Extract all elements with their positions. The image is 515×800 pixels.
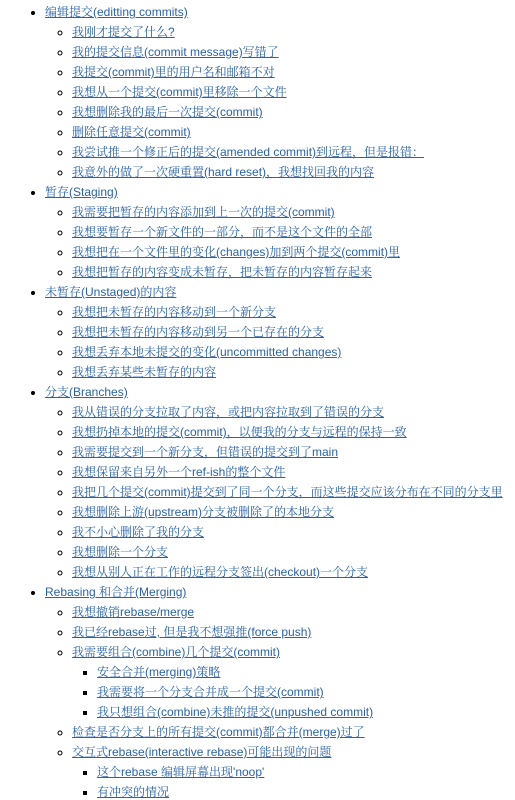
toc-item-link[interactable]: 我想把暂存的内容变成未暂存，把未暂存的内容暂存起来 — [72, 265, 372, 279]
toc-item: 我需要将一个分支合并成一个提交(commit) — [97, 682, 515, 702]
toc-item: 我想从别人正在工作的远程分支签出(checkout)一个分支 — [72, 562, 515, 582]
toc-item: 我想把暂存的内容变成未暂存，把未暂存的内容暂存起来 — [72, 262, 515, 282]
toc-section-link[interactable]: 未暂存(Unstaged)的内容 — [45, 285, 176, 299]
toc-item: 我需要提交到一个新分支，但错误的提交到了main — [72, 442, 515, 462]
toc-item-link[interactable]: 我想删除我的最后一次提交(commit) — [72, 105, 263, 119]
toc-item-link[interactable]: 我刚才提交了什么? — [72, 25, 175, 39]
toc-section-link[interactable]: 编辑提交(editting commits) — [45, 5, 188, 19]
toc-item-link[interactable]: 我想扔掉本地的提交(commit)，以便我的分支与远程的保持一致 — [72, 425, 407, 439]
toc-list-level-2: 我需要把暂存的内容添加到上一次的提交(commit)我想要暂存一个新文件的一部分… — [45, 202, 515, 282]
toc-list-level-3: 这个rebase 编辑屏幕出现'noop'有冲突的情况 — [72, 762, 515, 800]
toc-section: 分支(Branches)我从错误的分支拉取了内容，或把内容拉取到了错误的分支我想… — [45, 382, 515, 582]
toc-item: 我想保留来自另外一个ref-ish的整个文件 — [72, 462, 515, 482]
toc-item: 检查是否分支上的所有提交(commit)都合并(merge)过了 — [72, 722, 515, 742]
toc-item-link[interactable]: 我需要把暂存的内容添加到上一次的提交(commit) — [72, 205, 335, 219]
toc-item-link[interactable]: 我只想组合(combine)未推的提交(unpushed commit) — [97, 705, 373, 719]
toc-item: 我刚才提交了什么? — [72, 22, 515, 42]
toc-item-link[interactable]: 我从错误的分支拉取了内容，或把内容拉取到了错误的分支 — [72, 405, 384, 419]
toc-item: 我想丢弃某些未暂存的内容 — [72, 362, 515, 382]
toc-item: 我想把在一个文件里的变化(changes)加到两个提交(commit)里 — [72, 242, 515, 262]
toc-item: 交互式rebase(interactive rebase)可能出现的问题这个re… — [72, 742, 515, 800]
toc-item: 安全合并(merging)策略 — [97, 662, 515, 682]
toc-item-link[interactable]: 检查是否分支上的所有提交(commit)都合并(merge)过了 — [72, 725, 365, 739]
toc-item-link[interactable]: 我提交(commit)里的用户名和邮箱不对 — [72, 65, 275, 79]
toc-section-link[interactable]: Rebasing 和合并(Merging) — [45, 585, 186, 599]
toc-item: 我从错误的分支拉取了内容，或把内容拉取到了错误的分支 — [72, 402, 515, 422]
toc-section: 暂存(Staging)我需要把暂存的内容添加到上一次的提交(commit)我想要… — [45, 182, 515, 282]
toc-item-link[interactable]: 我需要将一个分支合并成一个提交(commit) — [97, 685, 324, 699]
toc-item-link[interactable]: 我想撤销rebase/merge — [72, 605, 194, 619]
toc-item-link[interactable]: 有冲突的情况 — [97, 785, 169, 799]
toc-item-link[interactable]: 交互式rebase(interactive rebase)可能出现的问题 — [72, 745, 331, 759]
toc-item-link[interactable]: 我想删除一个分支 — [72, 545, 168, 559]
toc-item: 我想从一个提交(commit)里移除一个文件 — [72, 82, 515, 102]
toc-item: 我尝试推一个修正后的提交(amended commit)到远程，但是报错： — [72, 142, 515, 162]
toc-item-link[interactable]: 我想保留来自另外一个ref-ish的整个文件 — [72, 465, 285, 479]
toc-section: 编辑提交(editting commits)我刚才提交了什么?我的提交信息(co… — [45, 2, 515, 182]
toc-item: 我想丢弃本地未提交的变化(uncommitted changes) — [72, 342, 515, 362]
toc-section: Rebasing 和合并(Merging)我想撤销rebase/merge我已经… — [45, 582, 515, 800]
toc-section-link[interactable]: 分支(Branches) — [45, 385, 128, 399]
toc-item-link[interactable]: 安全合并(merging)策略 — [97, 665, 220, 679]
toc-section: 未暂存(Unstaged)的内容我想把未暂存的内容移动到一个新分支我想把未暂存的… — [45, 282, 515, 382]
toc-list-level-2: 我想撤销rebase/merge我已经rebase过, 但是我不想强推(forc… — [45, 602, 515, 800]
toc-item: 我已经rebase过, 但是我不想强推(force push) — [72, 622, 515, 642]
toc-item: 我把几个提交(commit)提交到了同一个分支，而这些提交应该分布在不同的分支里 — [72, 482, 515, 502]
toc-item: 有冲突的情况 — [97, 782, 515, 800]
toc-item-link[interactable]: 我想要暂存一个新文件的一部分，而不是这个文件的全部 — [72, 225, 372, 239]
toc-item-link[interactable]: 我想从别人正在工作的远程分支签出(checkout)一个分支 — [72, 565, 368, 579]
toc-list-level-2: 我想把未暂存的内容移动到一个新分支我想把未暂存的内容移动到另一个已存在的分支我想… — [45, 302, 515, 382]
toc-item: 我想把未暂存的内容移动到一个新分支 — [72, 302, 515, 322]
toc-item: 我想要暂存一个新文件的一部分，而不是这个文件的全部 — [72, 222, 515, 242]
toc-list-level-2: 我从错误的分支拉取了内容，或把内容拉取到了错误的分支我想扔掉本地的提交(comm… — [45, 402, 515, 582]
toc-item: 我想撤销rebase/merge — [72, 602, 515, 622]
toc-list-level-2: 我刚才提交了什么?我的提交信息(commit message)写错了我提交(co… — [45, 22, 515, 182]
toc-item-link[interactable]: 删除任意提交(commit) — [72, 125, 191, 139]
toc-item-link[interactable]: 我想从一个提交(commit)里移除一个文件 — [72, 85, 287, 99]
toc-item-link[interactable]: 我想删除上游(upstream)分支被删除了的本地分支 — [72, 505, 334, 519]
toc-item: 我想删除我的最后一次提交(commit) — [72, 102, 515, 122]
toc-item-link[interactable]: 我想把在一个文件里的变化(changes)加到两个提交(commit)里 — [72, 245, 400, 259]
toc-item: 我想扔掉本地的提交(commit)，以便我的分支与远程的保持一致 — [72, 422, 515, 442]
table-of-contents: 编辑提交(editting commits)我刚才提交了什么?我的提交信息(co… — [0, 2, 515, 800]
toc-item-link[interactable]: 我把几个提交(commit)提交到了同一个分支，而这些提交应该分布在不同的分支里 — [72, 485, 503, 499]
toc-item-link[interactable]: 我想丢弃某些未暂存的内容 — [72, 365, 216, 379]
toc-item: 我想删除一个分支 — [72, 542, 515, 562]
toc-item-link[interactable]: 我想丢弃本地未提交的变化(uncommitted changes) — [72, 345, 341, 359]
toc-item: 我不小心删除了我的分支 — [72, 522, 515, 542]
toc-item-link[interactable]: 我已经rebase过, 但是我不想强推(force push) — [72, 625, 311, 639]
toc-item-link[interactable]: 我想把未暂存的内容移动到一个新分支 — [72, 305, 276, 319]
toc-item: 这个rebase 编辑屏幕出现'noop' — [97, 762, 515, 782]
toc-item-link[interactable]: 我想把未暂存的内容移动到另一个已存在的分支 — [72, 325, 324, 339]
toc-item-link[interactable]: 我需要提交到一个新分支，但错误的提交到了main — [72, 445, 338, 459]
toc-item-link[interactable]: 我意外的做了一次硬重置(hard reset)，我想找回我的内容 — [72, 165, 374, 179]
toc-section-link[interactable]: 暂存(Staging) — [45, 185, 118, 199]
toc-item-link[interactable]: 我尝试推一个修正后的提交(amended commit)到远程，但是报错： — [72, 145, 424, 159]
toc-item: 我意外的做了一次硬重置(hard reset)，我想找回我的内容 — [72, 162, 515, 182]
toc-item: 我只想组合(combine)未推的提交(unpushed commit) — [97, 702, 515, 722]
toc-item-link[interactable]: 我不小心删除了我的分支 — [72, 525, 204, 539]
toc-item-link[interactable]: 我需要组合(combine)几个提交(commit) — [72, 645, 280, 659]
toc-item: 我想删除上游(upstream)分支被删除了的本地分支 — [72, 502, 515, 522]
toc-item: 我需要组合(combine)几个提交(commit)安全合并(merging)策… — [72, 642, 515, 722]
toc-list-level-3: 安全合并(merging)策略我需要将一个分支合并成一个提交(commit)我只… — [72, 662, 515, 722]
toc-item: 我想把未暂存的内容移动到另一个已存在的分支 — [72, 322, 515, 342]
toc-item-link[interactable]: 我的提交信息(commit message)写错了 — [72, 45, 279, 59]
toc-item: 我的提交信息(commit message)写错了 — [72, 42, 515, 62]
toc-item: 我需要把暂存的内容添加到上一次的提交(commit) — [72, 202, 515, 222]
toc-item: 我提交(commit)里的用户名和邮箱不对 — [72, 62, 515, 82]
toc-list-level-1: 编辑提交(editting commits)我刚才提交了什么?我的提交信息(co… — [0, 2, 515, 800]
toc-item: 删除任意提交(commit) — [72, 122, 515, 142]
toc-item-link[interactable]: 这个rebase 编辑屏幕出现'noop' — [97, 765, 264, 779]
